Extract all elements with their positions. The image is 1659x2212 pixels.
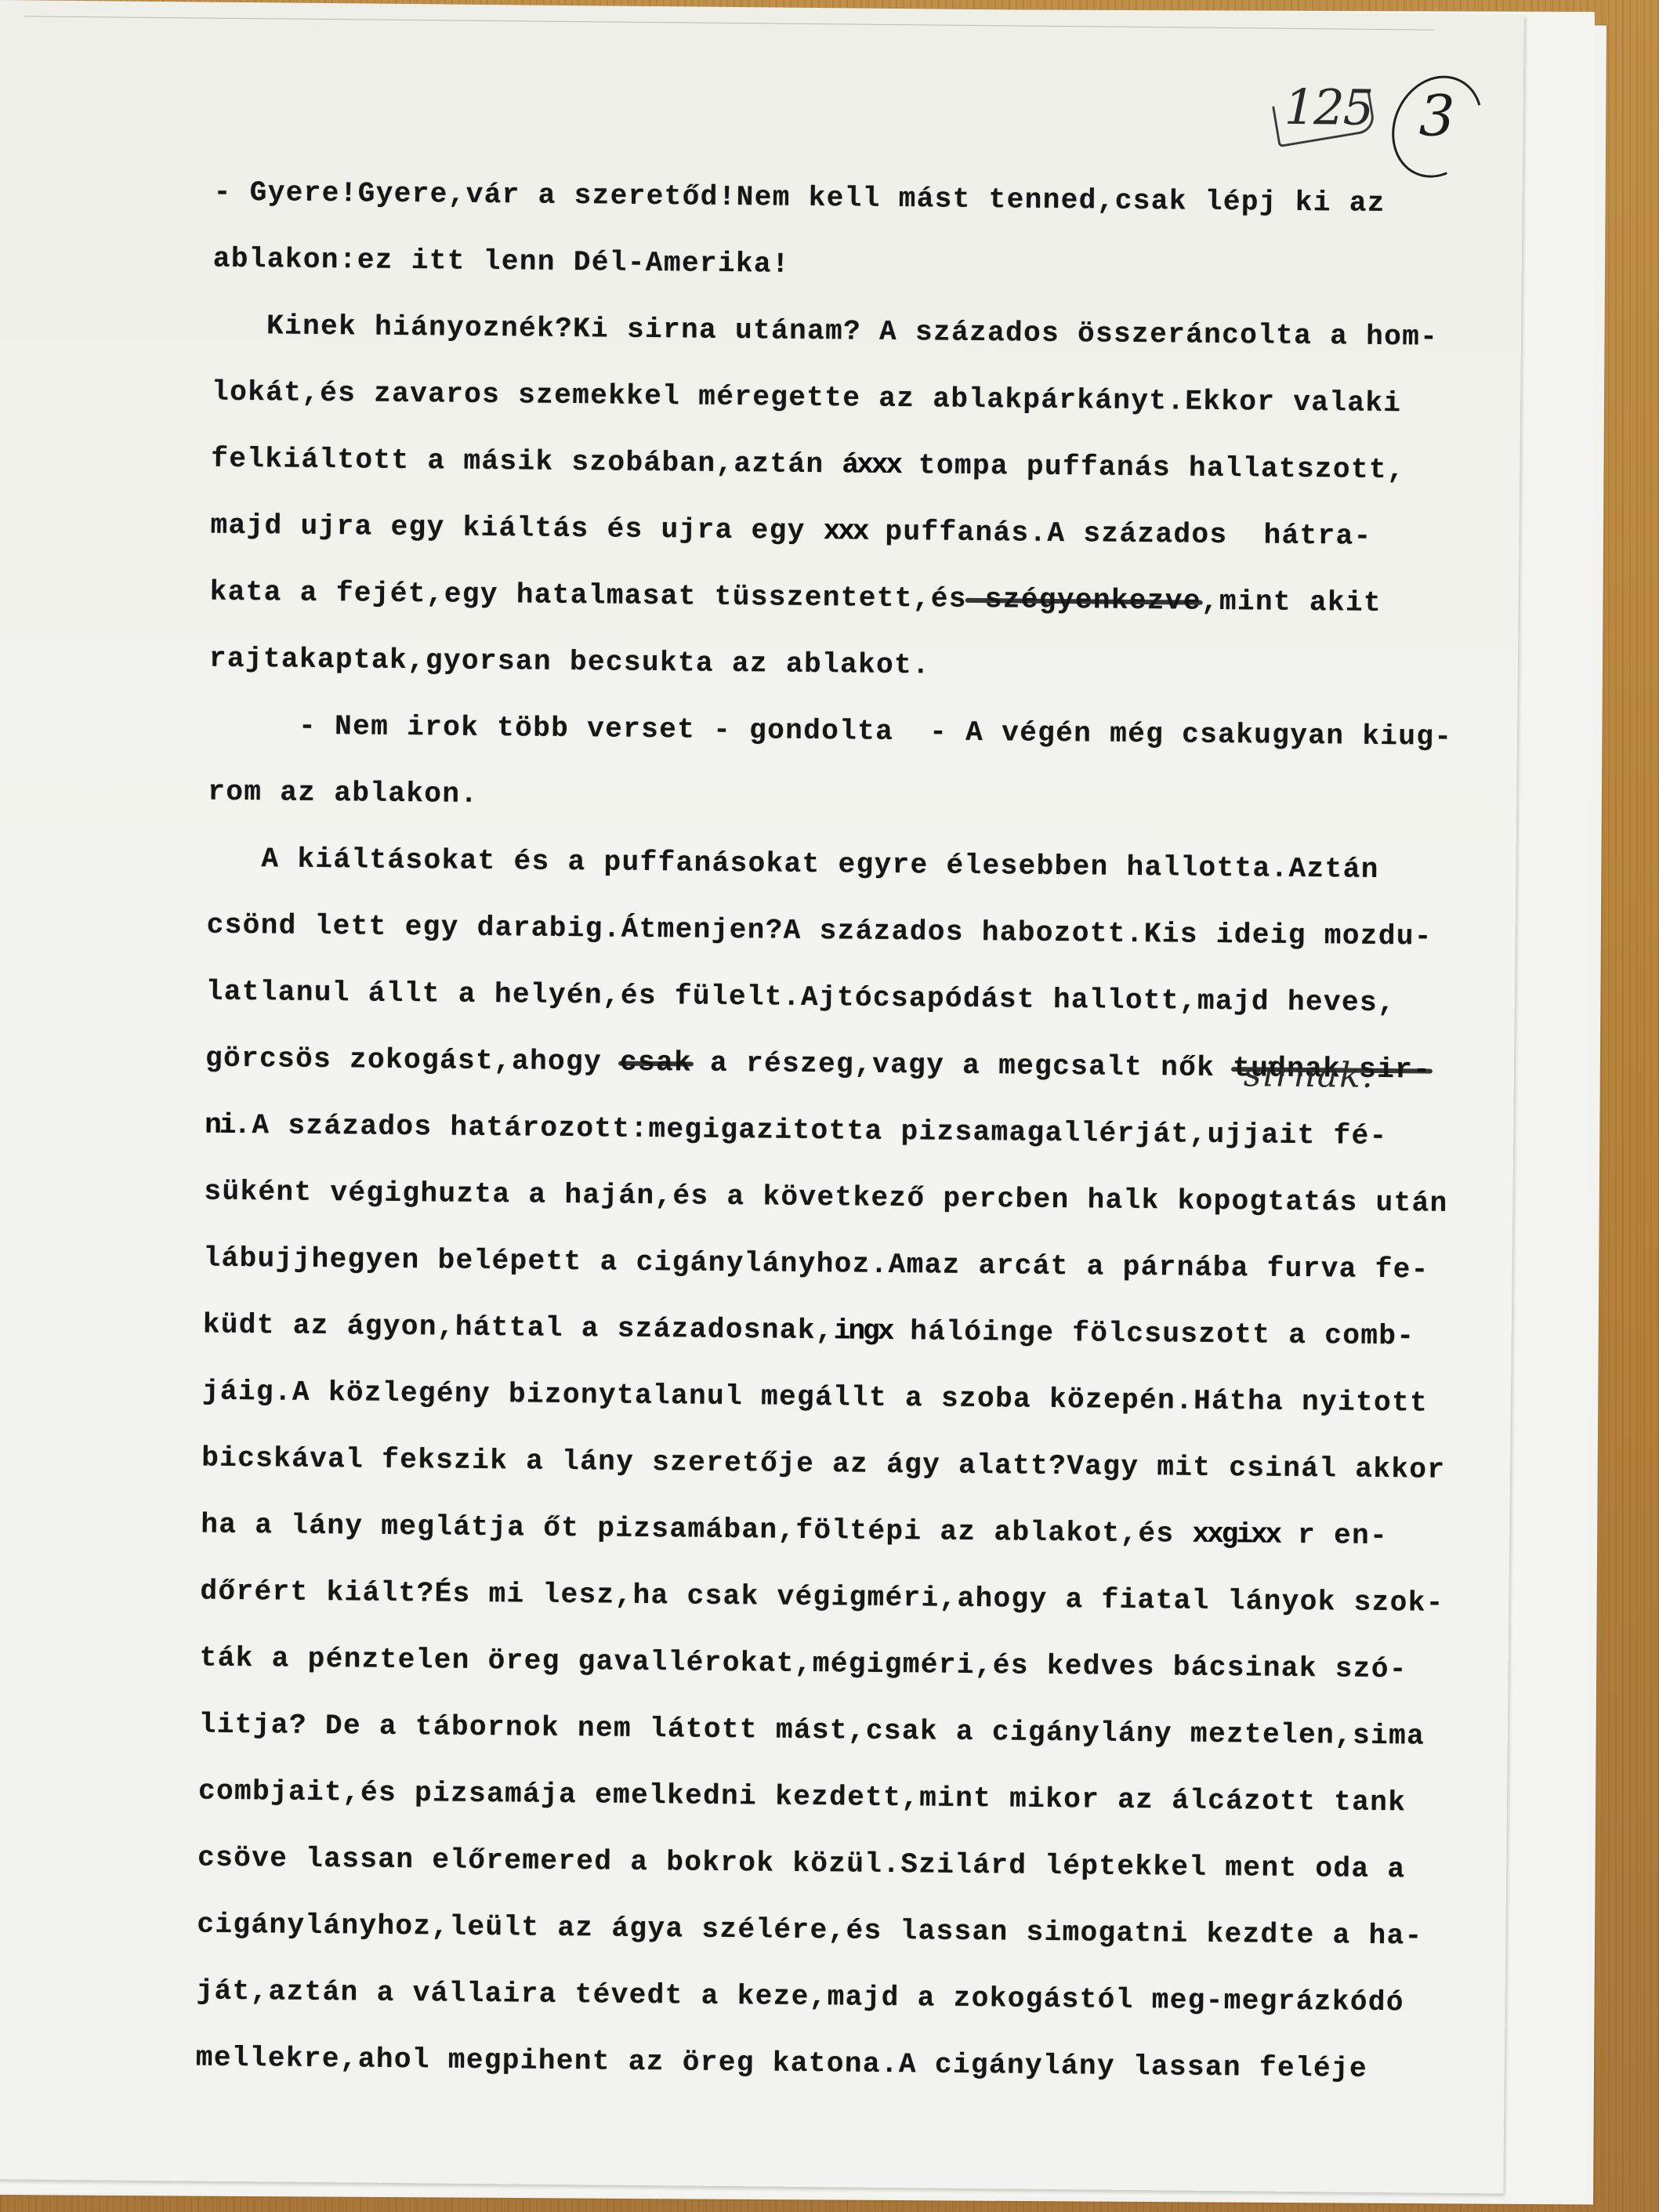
- text-line: jáig.A közlegény bizonytalanul megállt a…: [202, 1358, 1488, 1438]
- line-text: csöve lassan előremered a bokrok közül.S…: [197, 1842, 1406, 1886]
- text-line: bicskával fekszik a lány szeretője az ág…: [201, 1425, 1487, 1504]
- handwritten-correction-sirnak: sirnak.: [1244, 1054, 1375, 1096]
- line-text: puffanás.A százados hátra-: [867, 516, 1371, 553]
- text-line: dőrért kiált?És mi lesz,ha csak végigmér…: [200, 1558, 1486, 1637]
- line-text: rajtakaptak,gyorsan becsukta az ablakot.: [209, 643, 930, 682]
- overtyped-deletion: ingx: [834, 1315, 893, 1347]
- line-text: a részeg,vagy a megcsalt nők: [692, 1047, 1233, 1085]
- text-line: küdt az ágyon,háttal a századosnak,ingx …: [202, 1292, 1488, 1371]
- line-text: latlanul állt a helyén,és fülelt.Ajtócsa…: [206, 976, 1396, 1020]
- line-text: bicskával fekszik a lány szeretője az ág…: [201, 1442, 1446, 1486]
- text-line: mellekre,ahol megpihent az öreg katona.A…: [195, 2025, 1481, 2104]
- line-text: felkiáltott a másik szobában,aztán: [211, 443, 842, 481]
- overtyped-deletion: xxgixx: [1192, 1518, 1280, 1551]
- line-text: combjait,és pizsamája emelkedni kezdett,…: [198, 1775, 1407, 1819]
- line-text: ját,aztán a vállaira tévedt a keze,majd …: [196, 1975, 1404, 2019]
- text-line: A kiáltásokat és a puffanásokat egyre él…: [207, 825, 1493, 905]
- page-number: 3: [1386, 72, 1488, 175]
- text-line: lábujjhegyen belépett a cigánylányhoz.Am…: [203, 1225, 1489, 1304]
- text-line: - Gyere!Gyere,vár a szeretőd!Nem kell má…: [213, 159, 1499, 238]
- line-text: mellekre,ahol megpihent az öreg katona.A…: [196, 2042, 1368, 2085]
- text-line: csönd lett egy darabig.Átmenjen?A század…: [206, 892, 1492, 971]
- overtyped-deletion: áxxx: [842, 448, 900, 481]
- text-line: combjait,és pizsamája emelkedni kezdett,…: [198, 1758, 1484, 1837]
- text-line: litja? De a tábornok nem látott mást,csa…: [198, 1692, 1484, 1771]
- text-line: Kinek hiányoznék?Ki sirna utánam? A száz…: [212, 292, 1498, 372]
- text-line: ha a lány meglátja őt pizsamában,föltépi…: [201, 1492, 1487, 1571]
- line-text: jáig.A közlegény bizonytalanul megállt a…: [202, 1376, 1429, 1420]
- text-line: ját,aztán a vállaira tévedt a keze,majd …: [196, 1958, 1482, 2037]
- text-line: süként végighuzta a haján,és a következő…: [204, 1159, 1490, 1238]
- line-text: A kiáltásokat és a puffanásokat egyre él…: [207, 843, 1379, 886]
- line-text: .A százados határozott:megigazitotta piz…: [234, 1109, 1388, 1152]
- copy-edge-line: [24, 16, 1434, 30]
- line-text: lábujjhegyen belépett a cigánylányhoz.Am…: [203, 1242, 1429, 1286]
- overtyped-deletion: xxx: [823, 515, 867, 548]
- text-line: rajtakaptak,gyorsan becsukta az ablakot.: [209, 626, 1495, 705]
- line-text: süként végighuzta a haján,és a következő…: [204, 1176, 1448, 1220]
- text-line: felkiáltott a másik szobában,aztán áxxx …: [211, 426, 1497, 505]
- line-text: litja? De a tábornok nem látott mást,csa…: [199, 1709, 1425, 1753]
- line-text: Kinek hiányoznék?Ki sirna utánam? A száz…: [212, 310, 1439, 354]
- line-text: ták a pénztelen öreg gavallérokat,mégigm…: [200, 1642, 1408, 1686]
- line-text: cigánylányhoz,leült az ágya szélére,és l…: [197, 1909, 1423, 1953]
- struck-out-text: szégyenkezve: [967, 583, 1201, 618]
- line-text: görcsös zokogást,ahogy: [205, 1043, 620, 1079]
- page-marks: 125 3: [1252, 63, 1504, 183]
- text-line: kata a fejét,egy hatalmasat tüsszentett,…: [209, 559, 1495, 638]
- text-line: ták a pénztelen öreg gavallérokat,mégigm…: [199, 1625, 1485, 1704]
- typed-text-body: - Gyere!Gyere,vár a szeretőd!Nem kell má…: [195, 159, 1499, 2104]
- line-text: kata a fejét,egy hatalmasat tüsszentett,…: [210, 576, 968, 615]
- line-text: ha a lány meglátja őt pizsamában,föltépi…: [201, 1509, 1193, 1550]
- line-text: r en-: [1280, 1519, 1388, 1552]
- text-line: lokát,és zavaros szemekkel méregette az …: [212, 359, 1498, 438]
- line-text: lokát,és zavaros szemekkel méregette az …: [212, 376, 1402, 420]
- line-text: tompa puffanás hallatszott,: [900, 449, 1405, 486]
- line-text: csönd lett egy darabig.Átmenjen?A század…: [206, 909, 1433, 953]
- text-line: ablakon:ez itt lenn Dél-Amerika!: [212, 226, 1498, 305]
- line-text: hálóinge fölcsuszott a comb-: [892, 1315, 1414, 1352]
- line-text: dőrért kiált?És mi lesz,ha csak végigmér…: [200, 1576, 1444, 1619]
- text-line: majd ujra egy kiáltás és ujra egy xxx pu…: [210, 492, 1496, 571]
- text-line: ni.A százados határozott:megigazitotta p…: [205, 1092, 1491, 1171]
- text-line: latlanul állt a helyén,és fülelt.Ajtócsa…: [205, 959, 1491, 1038]
- line-text: - Gyere!Gyere,vár a szeretőd!Nem kell má…: [213, 176, 1386, 219]
- line-text: majd ujra egy kiáltás és ujra egy: [210, 509, 823, 548]
- text-line: csöve lassan előremered a bokrok közül.S…: [197, 1825, 1483, 1904]
- line-text: ,mint akit: [1201, 586, 1382, 619]
- line-text: ablakon:ez itt lenn Dél-Amerika!: [213, 243, 790, 281]
- line-text: küdt az ágyon,háttal a századosnak,: [203, 1309, 834, 1347]
- line-text: - Nem irok több verset - gondolta - A vé…: [208, 709, 1453, 753]
- text-line: cigánylányhoz,leült az ágya szélére,és l…: [197, 1891, 1483, 1971]
- typewritten-page: 125 3 - Gyere!Gyere,vár a szeretőd!Nem k…: [0, 0, 1524, 2194]
- struck-out-text: csak: [620, 1046, 692, 1079]
- archive-number: 125: [1284, 83, 1371, 139]
- text-line: - Nem irok több verset - gondolta - A vé…: [208, 692, 1494, 771]
- text-line: rom az ablakon.: [208, 759, 1494, 838]
- overtyped-deletion: ni: [205, 1109, 234, 1141]
- line-text: rom az ablakon.: [208, 776, 478, 810]
